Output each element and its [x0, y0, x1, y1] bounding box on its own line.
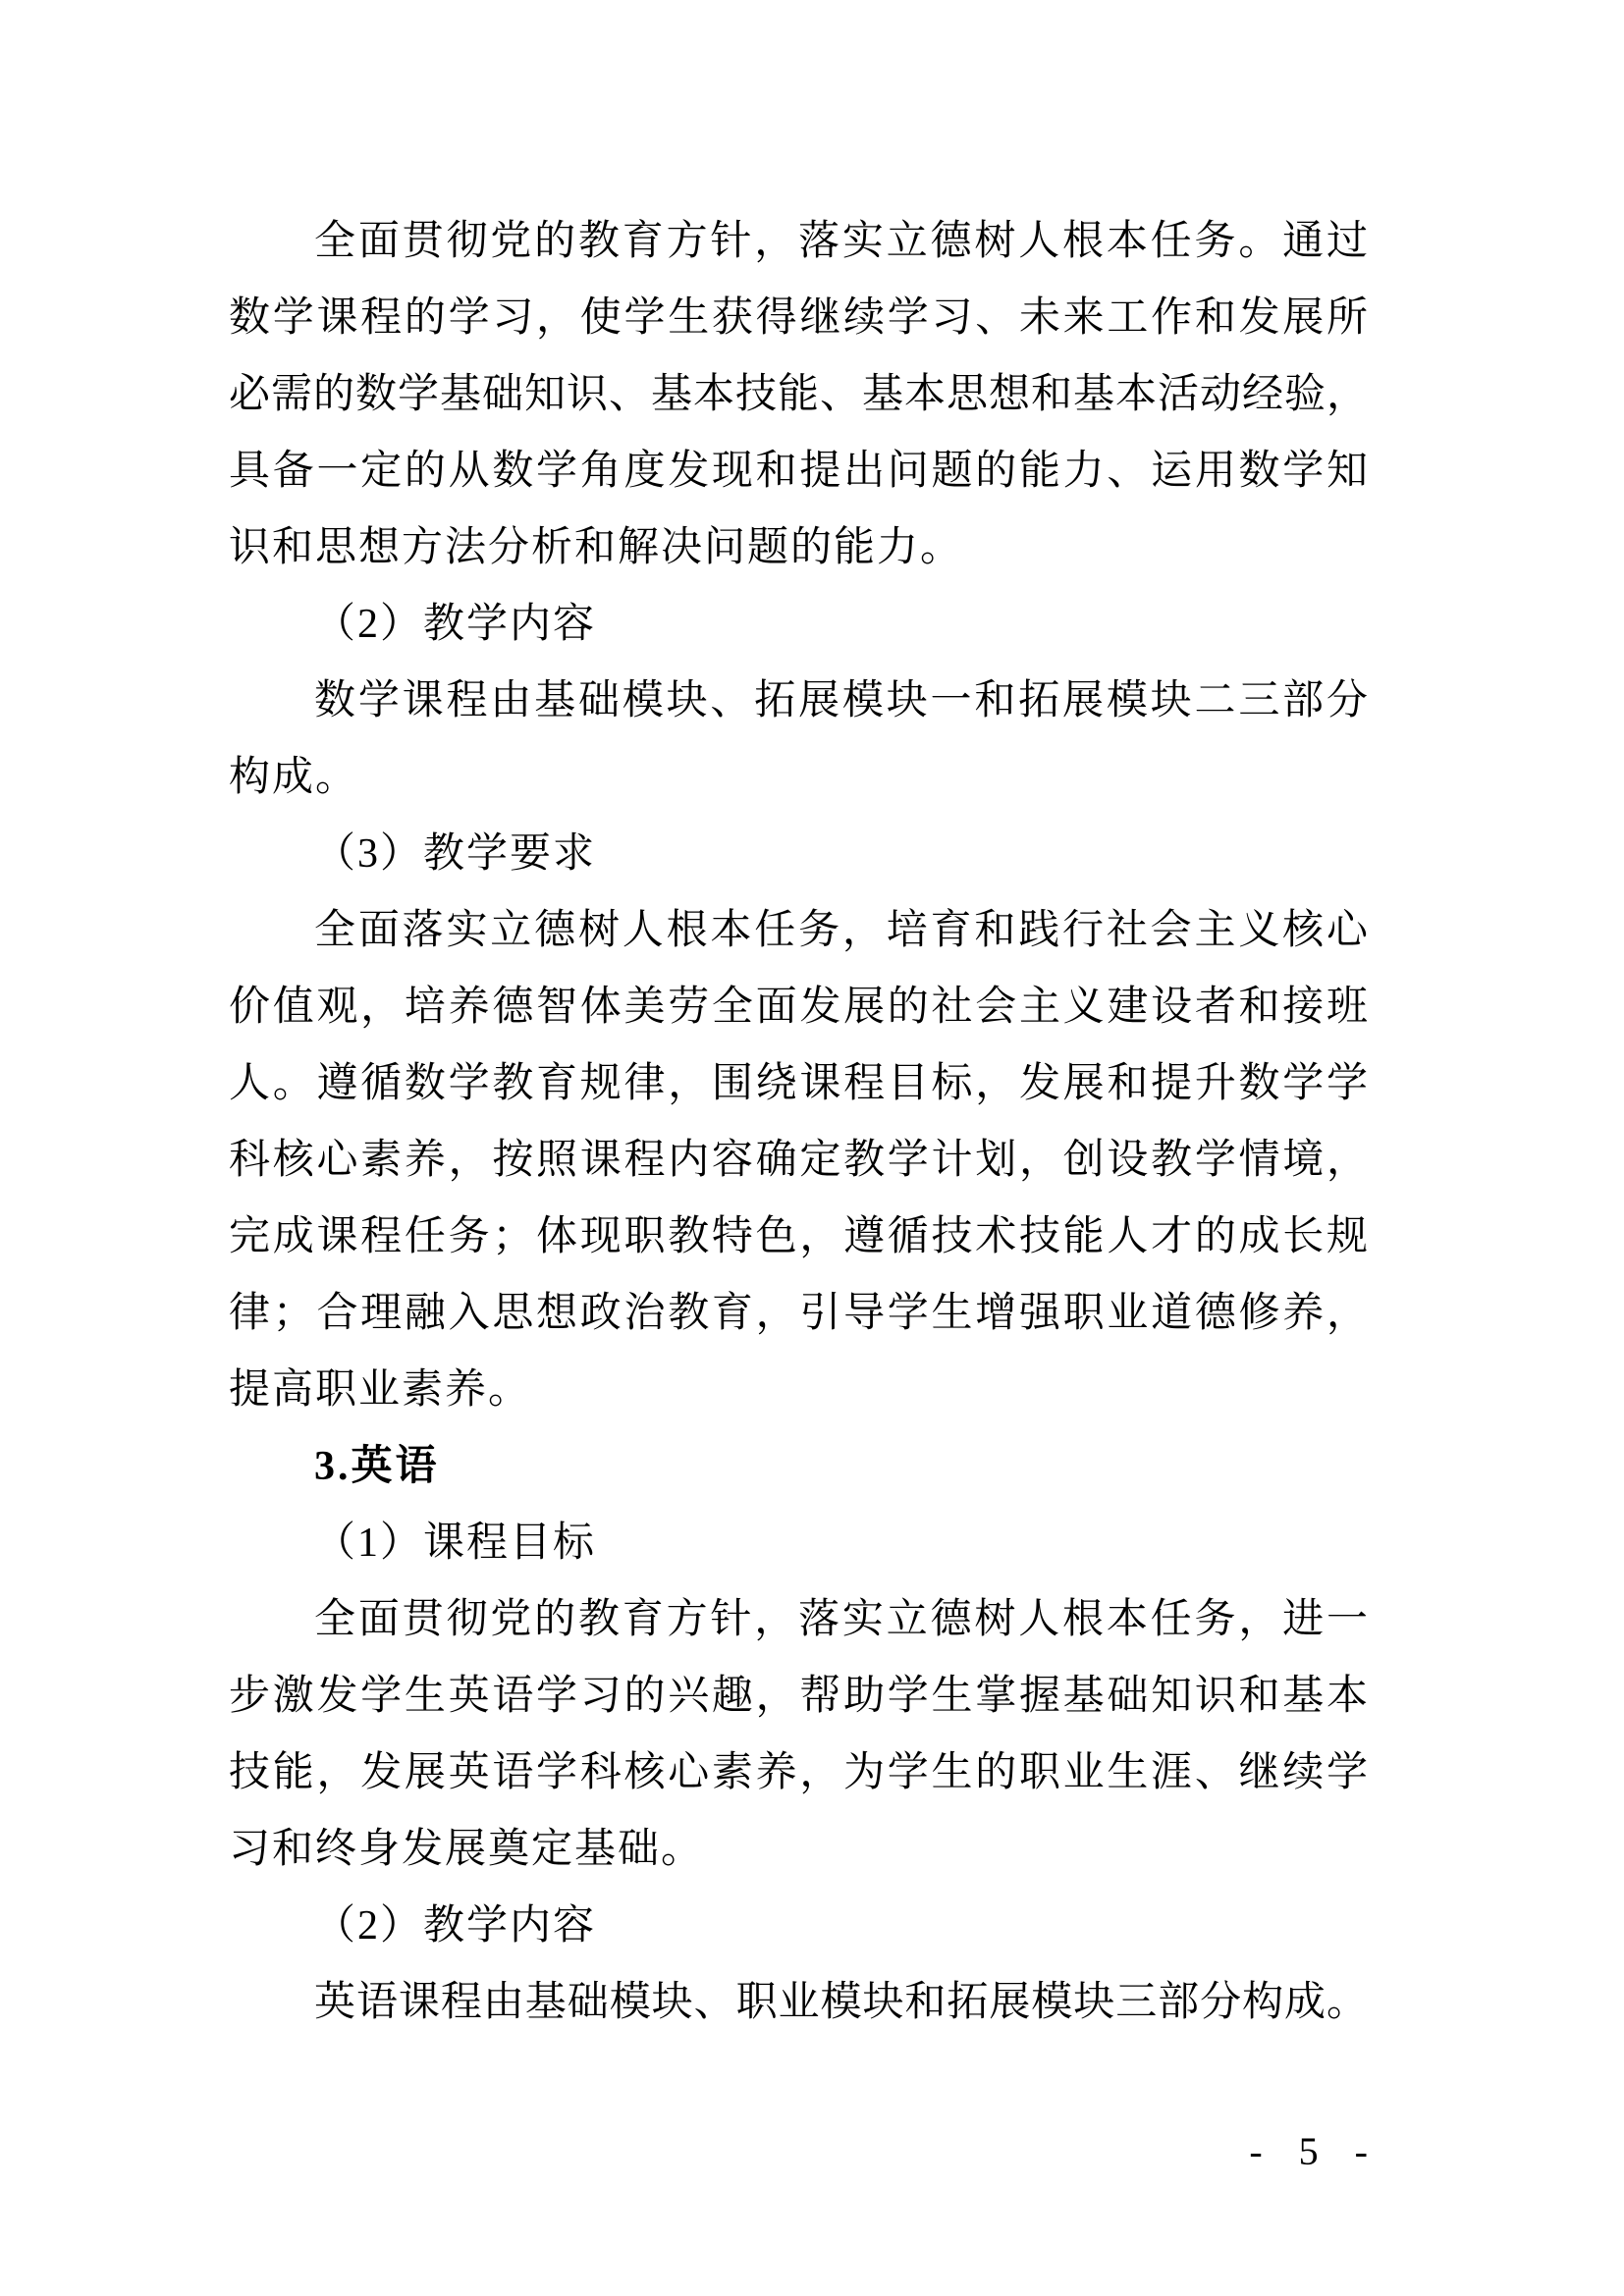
numbered-heading: （1）课程目标 — [229, 1505, 1368, 1581]
paragraph-line: 人。遵循数学教育规律，围绕课程目标，发展和提升数学学 — [229, 1045, 1368, 1122]
paragraph-line: 全面贯彻党的教育方针，落实立德树人根本任务，进一 — [229, 1581, 1368, 1658]
paragraph-line: 识和思想方法分析和解决问题的能力。 — [229, 509, 1368, 586]
paragraph-line: 完成课程任务；体现职教特色，遵循技术技能人才的成长规 — [229, 1199, 1368, 1275]
page-number: - 5 - — [1249, 2128, 1377, 2175]
paragraph-line: 科核心素养，按照课程内容确定教学计划，创设教学情境， — [229, 1122, 1368, 1199]
paragraph-line: 英语课程由基础模块、职业模块和拓展模块三部分构成。 — [229, 1964, 1368, 2041]
paragraph-line: 数学课程的学习，使学生获得继续学习、未来工作和发展所 — [229, 280, 1368, 356]
paragraph-line: 全面贯彻党的教育方针，落实立德树人根本任务。通过 — [229, 203, 1368, 280]
paragraph-line: 构成。 — [229, 739, 1368, 816]
paragraph-line: 律；合理融入思想政治教育，引导学生增强职业道德修养， — [229, 1275, 1368, 1352]
paragraph-line: 全面落实立德树人根本任务，培育和践行社会主义核心 — [229, 892, 1368, 969]
document-page: 全面贯彻党的教育方针，落实立德树人根本任务。通过数学课程的学习，使学生获得继续学… — [0, 0, 1624, 2296]
paragraph-line: 具备一定的从数学角度发现和提出问题的能力、运用数学知 — [229, 433, 1368, 509]
numbered-heading: （2）教学内容 — [229, 1888, 1368, 1964]
paragraph-line: 技能，发展英语学科核心素养，为学生的职业生涯、继续学 — [229, 1735, 1368, 1811]
numbered-heading: （3）教学要求 — [229, 816, 1368, 892]
document-body: 全面贯彻党的教育方针，落实立德树人根本任务。通过数学课程的学习，使学生获得继续学… — [229, 203, 1368, 2041]
paragraph-line: 数学课程由基础模块、拓展模块一和拓展模块二三部分 — [229, 663, 1368, 739]
numbered-heading: （2）教学内容 — [229, 586, 1368, 663]
paragraph-line: 步激发学生英语学习的兴趣，帮助学生掌握基础知识和基本 — [229, 1658, 1368, 1735]
paragraph-line: 习和终身发展奠定基础。 — [229, 1811, 1368, 1888]
section-title: 3.英语 — [229, 1428, 1368, 1505]
paragraph-line: 提高职业素养。 — [229, 1352, 1368, 1428]
paragraph-line: 必需的数学基础知识、基本技能、基本思想和基本活动经验， — [229, 356, 1368, 433]
paragraph-line: 价值观，培养德智体美劳全面发展的社会主义建设者和接班 — [229, 969, 1368, 1045]
